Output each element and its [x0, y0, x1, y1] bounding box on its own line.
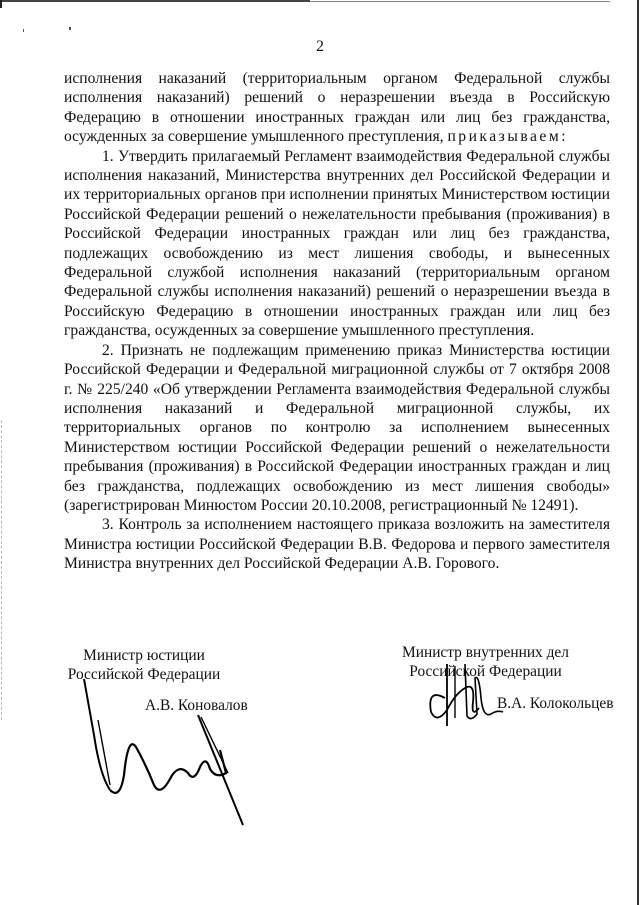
handwritten-signature-right	[425, 658, 505, 730]
signatory-left-title-line1: Министр юстиции	[64, 646, 224, 665]
scan-edge-right	[637, 0, 639, 905]
order-word: приказываем	[447, 128, 561, 145]
intro-colon: :	[561, 128, 565, 145]
handwritten-signature-left	[80, 675, 280, 835]
signatory-right-name: В.А. Колокольцев	[497, 695, 614, 713]
page-number: 2	[0, 38, 640, 56]
scan-edge-top-faint	[310, 1, 610, 2]
scan-edge-corner	[0, 0, 2, 8]
scan-edge-top	[0, 0, 310, 2]
clause-2: 2. Признать не подлежащим применению при…	[64, 341, 610, 516]
clause-3: 3. Контроль за исполнением настоящего пр…	[64, 515, 610, 573]
scan-speck	[23, 29, 24, 32]
document-body: исполнения наказаний (территориальным ор…	[64, 69, 610, 574]
clause-1: 1. Утвердить прилагаемый Регламент взаим…	[64, 147, 610, 341]
scan-edge-left	[1, 420, 3, 720]
scan-speck	[69, 27, 71, 30]
intro-paragraph: исполнения наказаний (территориальным ор…	[64, 69, 610, 147]
